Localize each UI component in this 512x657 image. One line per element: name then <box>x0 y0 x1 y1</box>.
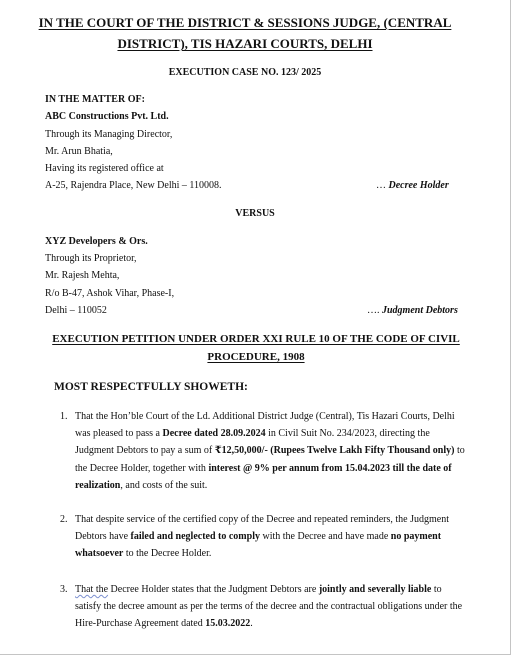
text: was pleased to pass a <box>75 428 162 439</box>
text: with the Decree and have made <box>260 531 391 542</box>
text: That despite service of the certified co… <box>75 514 449 525</box>
document-page: IN THE COURT OF THE DISTRICT & SESSIONS … <box>0 0 511 655</box>
judgment-debtors-name: XYZ Developers & Ors. <box>45 236 148 247</box>
decree-holder-line: Having its registered office at <box>45 163 164 174</box>
decree-holder-line: A-25, Rajendra Place, New Delhi – 110008… <box>45 180 222 191</box>
judgment-debtors-role: …. Judgment Debtors <box>367 305 458 316</box>
bold-text: failed and neglected to comply <box>131 531 260 542</box>
decree-holder-line: Through its Managing Director, <box>45 129 172 140</box>
text: , and costs of the suit. <box>120 480 207 491</box>
paragraph-line: satisfy the decree amount as per the ter… <box>75 601 462 612</box>
text: to the Decree Holder. <box>123 548 211 559</box>
paragraph-number: 1. <box>60 411 68 422</box>
judgment-debtors-line: R/o B-47, Ashok Vihar, Phase-I, <box>45 288 174 299</box>
role-label: Judgment Debtors <box>382 305 458 316</box>
paragraph-line: the Decree Holder, together with interes… <box>75 463 452 474</box>
decree-holder-line: Mr. Arun Bhatia, <box>45 146 113 157</box>
paragraph-line: was pleased to pass a Decree dated 28.09… <box>75 428 430 439</box>
bold-text: interest @ 9% per annum from 15.04.2023 … <box>208 463 451 474</box>
bold-text: 15.03.2022 <box>205 618 250 629</box>
bold-text: jointly and severally liable <box>319 584 432 595</box>
text: . <box>250 618 253 629</box>
matter-heading: IN THE MATTER OF: <box>45 94 145 105</box>
bold-text: ₹12,50,000/- (Rupees Twelve Lakh Fifty T… <box>215 445 455 456</box>
role-dots: … <box>376 180 386 191</box>
text: That the Hon’ble Court of the Ld. Additi… <box>75 411 455 422</box>
text: Hire-Purchase Agreement dated <box>75 618 205 629</box>
text: Debtors have <box>75 531 131 542</box>
text: the Decree Holder, together with <box>75 463 208 474</box>
petition-title-line-1: EXECUTION PETITION UNDER ORDER XXI RULE … <box>0 333 512 345</box>
case-number: EXECUTION CASE NO. 123/ 2025 <box>0 67 490 78</box>
paragraph-line: Debtors have failed and neglected to com… <box>75 531 441 542</box>
court-title-line-1: IN THE COURT OF THE DISTRICT & SESSIONS … <box>0 15 490 31</box>
paragraph-line: realization, and costs of the suit. <box>75 480 207 491</box>
court-title-line-2: DISTRICT), TIS HAZARI COURTS, DELHI <box>0 36 490 52</box>
paragraph-line: That the Decree Holder states that the J… <box>75 584 442 595</box>
bold-text: Decree dated 28.09.2024 <box>162 428 265 439</box>
paragraph-number: 2. <box>60 514 68 525</box>
text: in Civil Suit No. 234/2023, directing th… <box>266 428 430 439</box>
text: to <box>431 584 441 595</box>
paragraph-line: Hire-Purchase Agreement dated 15.03.2022… <box>75 618 253 629</box>
bold-text: no payment <box>391 531 441 542</box>
bold-text: realization <box>75 480 120 491</box>
judgment-debtors-line: Through its Proprietor, <box>45 253 137 264</box>
paragraph-number: 3. <box>60 584 68 595</box>
role-label: Decree Holder <box>389 180 449 191</box>
petition-title-line-2: PROCEDURE, 1908 <box>0 351 512 363</box>
decree-holder-name: ABC Constructions Pvt. Ltd. <box>45 111 169 122</box>
text: That the <box>75 584 108 595</box>
text: Judgment Debtors to pay a sum of <box>75 445 215 456</box>
judgment-debtors-line: Delhi – 110052 <box>45 305 107 316</box>
paragraph-line: That the Hon’ble Court of the Ld. Additi… <box>75 411 455 422</box>
text: Decree Holder states that the Judgment D… <box>108 584 319 595</box>
showeth-heading: MOST RESPECTFULLY SHOWETH: <box>54 381 248 393</box>
text: to <box>454 445 464 456</box>
bold-text: whatsoever <box>75 548 123 559</box>
judgment-debtors-line: Mr. Rajesh Mehta, <box>45 270 119 281</box>
decree-holder-role: … Decree Holder <box>376 180 449 191</box>
text: satisfy the decree amount as per the ter… <box>75 601 462 612</box>
role-dots: …. <box>367 305 380 316</box>
paragraph-line: whatsoever to the Decree Holder. <box>75 548 211 559</box>
versus-heading: VERSUS <box>0 208 510 219</box>
paragraph-line: That despite service of the certified co… <box>75 514 449 525</box>
paragraph-line: Judgment Debtors to pay a sum of ₹12,50,… <box>75 445 465 456</box>
